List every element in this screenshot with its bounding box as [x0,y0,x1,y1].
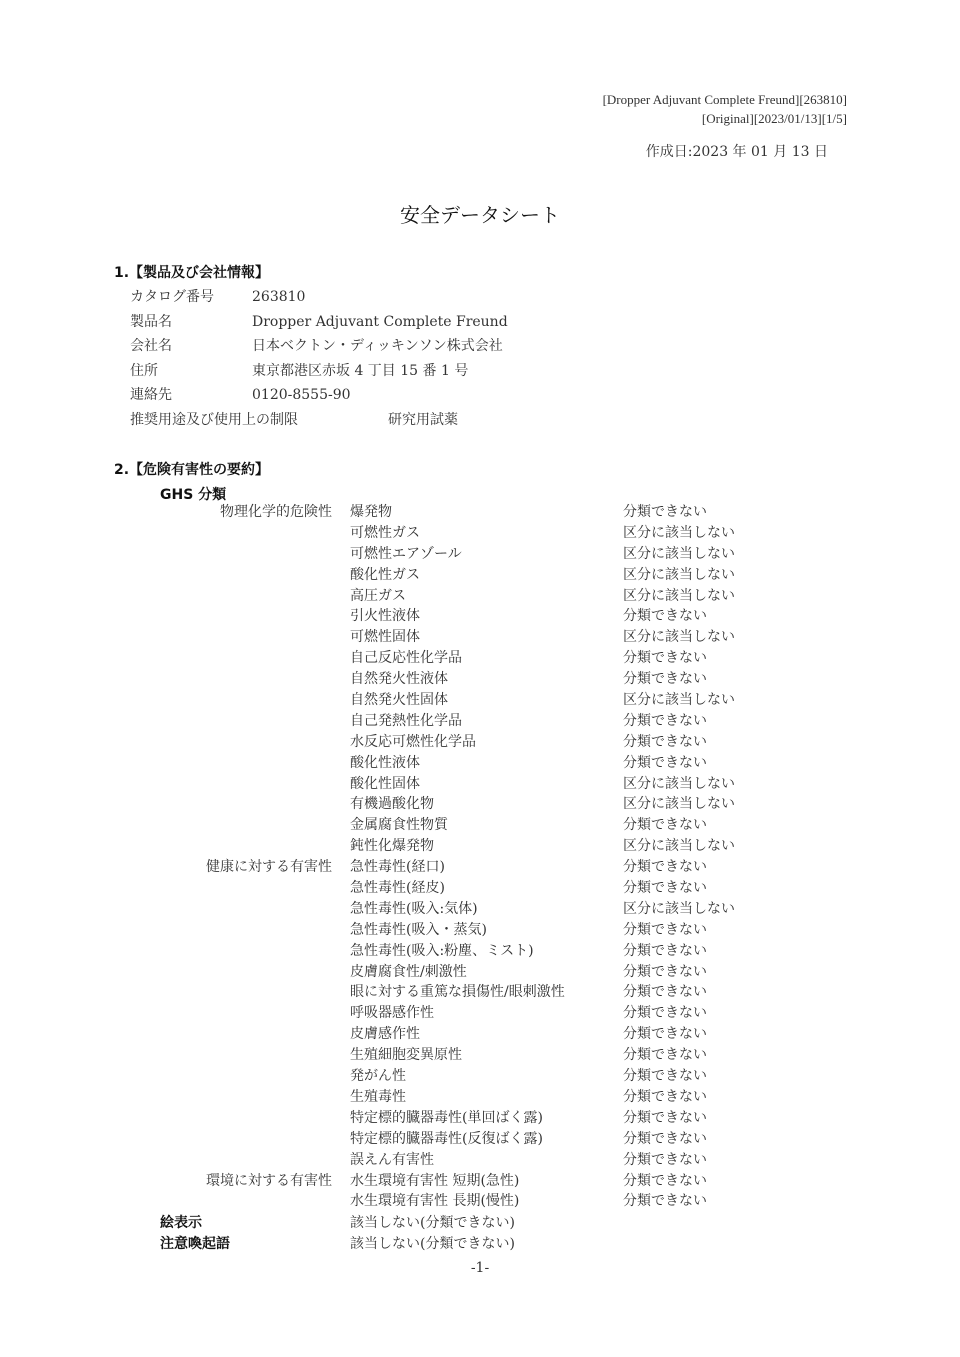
table-row: 自己発熱性化学品分類できない [0,710,960,731]
hazard-item: 鈍性化爆発物 [350,835,434,855]
hazard-item: 有機過酸化物 [350,793,434,813]
hazard-item: 高圧ガス [350,585,406,605]
address-label: 住所 [130,359,158,383]
table-row: 自然発火性液体分類できない [0,668,960,689]
hazard-item: 急性毒性(経口) [350,856,445,876]
hazard-item: 発がん性 [350,1065,406,1085]
hazard-result: 分類できない [623,1023,707,1043]
signal-word-value: 該当しない(分類できない) [350,1233,515,1253]
hazard-result: 分類できない [623,814,707,834]
hazard-result: 区分に該当しない [623,898,735,918]
table-row: 水生環境有害性 長期(慢性)分類できない [0,1190,960,1211]
hazard-item: 酸化性ガス [350,564,420,584]
table-row: 高圧ガス区分に該当しない [0,585,960,606]
hazard-result: 分類できない [623,668,707,688]
section1-heading: 1.【製品及び会社情報】 [114,262,269,282]
hazard-result: 分類できない [623,1065,707,1085]
hazard-result: 分類できない [623,919,707,939]
hazard-result: 分類できない [623,1044,707,1064]
hazard-category: 物理化学的危険性 [220,501,332,521]
hazard-item: 急性毒性(吸入:粉塵、ミスト) [350,940,534,960]
hazard-item: 皮膚腐食性/刺激性 [350,961,467,981]
reference-line-version: [Original][2023/01/13][1/5] [603,109,847,128]
company-name-label: 会社名 [130,334,172,358]
product-info-row: 製品名 Dropper Adjuvant Complete Freund [130,310,830,335]
table-row: 発がん性分類できない [0,1065,960,1086]
hazard-result: 分類できない [623,1149,707,1169]
hazard-item: 特定標的臓器毒性(単回ばく露) [350,1107,543,1127]
hazard-item: 自然発火性固体 [350,689,448,709]
table-row: 酸化性ガス区分に該当しない [0,564,960,585]
table-row: 有機過酸化物区分に該当しない [0,793,960,814]
table-row: 急性毒性(吸入・蒸気)分類できない [0,919,960,940]
signal-word-label: 注意喚起語 [160,1233,230,1253]
hazard-result: 分類できない [623,940,707,960]
hazard-item: 酸化性固体 [350,773,420,793]
ghs-classification-table: 物理化学的危険性爆発物分類できない 可燃性ガス区分に該当しない 可燃性エアゾール… [0,501,960,1211]
hazard-result: 区分に該当しない [623,793,735,813]
page-number: -1- [0,1260,960,1276]
table-row: 酸化性固体区分に該当しない [0,773,960,794]
hazard-result: 区分に該当しない [623,626,735,646]
product-info-row: 住所 東京都港区赤坂 4 丁目 15 番 1 号 [130,359,830,384]
hazard-item: 皮膚感作性 [350,1023,420,1043]
hazard-result: 分類できない [623,710,707,730]
hazard-result: 分類できない [623,1128,707,1148]
table-row: 環境に対する有害性水生環境有害性 短期(急性)分類できない [0,1170,960,1191]
table-row: 水反応可燃性化学品分類できない [0,731,960,752]
hazard-item: 引火性液体 [350,605,420,625]
table-row: 引火性液体分類できない [0,605,960,626]
product-info-list: カタログ番号 263810 製品名 Dropper Adjuvant Compl… [130,285,830,432]
hazard-category: 環境に対する有害性 [206,1170,332,1190]
hazard-item: 自己発熱性化学品 [350,710,462,730]
hazard-item: 誤えん有害性 [350,1149,434,1169]
hazard-item: 水生環境有害性 長期(慢性) [350,1190,519,1210]
hazard-item: 急性毒性(吸入:気体) [350,898,478,918]
document-title: 安全データシート [0,199,960,228]
hazard-result: 分類できない [623,1170,707,1190]
hazard-item: 自己反応性化学品 [350,647,462,667]
document-reference: [Dropper Adjuvant Complete Freund][26381… [603,90,847,128]
hazard-result: 分類できない [623,647,707,667]
table-row: 急性毒性(経皮)分類できない [0,877,960,898]
table-row: 自然発火性固体区分に該当しない [0,689,960,710]
hazard-result: 区分に該当しない [623,689,735,709]
table-row: 生殖毒性分類できない [0,1086,960,1107]
pictogram-row: 絵表示 該当しない(分類できない) [0,1212,960,1233]
recommended-use-label: 推奨用途及び使用上の制限 [130,408,298,432]
hazard-item: 可燃性固体 [350,626,420,646]
table-row: 鈍性化爆発物区分に該当しない [0,835,960,856]
hazard-result: 分類できない [623,1107,707,1127]
table-row: 特定標的臓器毒性(単回ばく露)分類できない [0,1107,960,1128]
label-elements: 絵表示 該当しない(分類できない) 注意喚起語 該当しない(分類できない) [0,1212,960,1254]
hazard-result: 区分に該当しない [623,835,735,855]
table-row: 可燃性固体区分に該当しない [0,626,960,647]
recommended-use-value: 研究用試薬 [388,408,458,432]
hazard-result: 分類できない [623,752,707,772]
hazard-item: 生殖細胞変異原性 [350,1044,462,1064]
hazard-item: 生殖毒性 [350,1086,406,1106]
catalog-number-value: 263810 [252,285,305,309]
table-row: 皮膚腐食性/刺激性分類できない [0,961,960,982]
hazard-result: 分類できない [623,856,707,876]
table-row: 可燃性エアゾール区分に該当しない [0,543,960,564]
table-row: 急性毒性(吸入:気体)区分に該当しない [0,898,960,919]
table-row: 眼に対する重篤な損傷性/眼刺激性分類できない [0,981,960,1002]
table-row: 可燃性ガス区分に該当しない [0,522,960,543]
section2-heading: 2.【危険有害性の要約】 [114,459,269,479]
hazard-result: 分類できない [623,877,707,897]
product-info-row: 連絡先 0120-8555-90 [130,383,830,408]
product-info-row: 推奨用途及び使用上の制限 研究用試薬 [130,408,830,433]
product-name-label: 製品名 [130,310,172,334]
hazard-result: 分類できない [623,731,707,751]
hazard-item: 眼に対する重篤な損傷性/眼刺激性 [350,981,565,1001]
table-row: 誤えん有害性分類できない [0,1149,960,1170]
hazard-item: 自然発火性液体 [350,668,448,688]
table-row: 金属腐食性物質分類できない [0,814,960,835]
hazard-result: 分類できない [623,1190,707,1210]
hazard-result: 区分に該当しない [623,564,735,584]
catalog-number-label: カタログ番号 [130,285,214,309]
table-row: 自己反応性化学品分類できない [0,647,960,668]
table-row: 呼吸器感作性分類できない [0,1002,960,1023]
hazard-item: 金属腐食性物質 [350,814,448,834]
table-row: 生殖細胞変異原性分類できない [0,1044,960,1065]
hazard-item: 可燃性ガス [350,522,420,542]
hazard-item: 呼吸器感作性 [350,1002,434,1022]
reference-line-product: [Dropper Adjuvant Complete Freund][26381… [603,90,847,109]
hazard-result: 区分に該当しない [623,585,735,605]
hazard-result: 分類できない [623,1086,707,1106]
signal-word-row: 注意喚起語 該当しない(分類できない) [0,1233,960,1254]
hazard-item: 水反応可燃性化学品 [350,731,476,751]
hazard-item: 可燃性エアゾール [350,543,462,563]
table-row: 急性毒性(吸入:粉塵、ミスト)分類できない [0,940,960,961]
hazard-result: 区分に該当しない [623,543,735,563]
product-info-row: カタログ番号 263810 [130,285,830,310]
address-value: 東京都港区赤坂 4 丁目 15 番 1 号 [252,359,468,383]
hazard-result: 区分に該当しない [623,522,735,542]
company-name-value: 日本ベクトン・ディッキンソン株式会社 [252,334,503,358]
table-row: 特定標的臓器毒性(反復ばく露)分類できない [0,1128,960,1149]
hazard-item: 特定標的臓器毒性(反復ばく露) [350,1128,543,1148]
table-row: 健康に対する有害性急性毒性(経口)分類できない [0,856,960,877]
hazard-item: 急性毒性(吸入・蒸気) [350,919,487,939]
hazard-item: 爆発物 [350,501,392,521]
product-info-row: 会社名 日本ベクトン・ディッキンソン株式会社 [130,334,830,359]
hazard-item: 急性毒性(経皮) [350,877,445,897]
product-name-value: Dropper Adjuvant Complete Freund [252,310,508,334]
table-row: 皮膚感作性分類できない [0,1023,960,1044]
hazard-result: 分類できない [623,981,707,1001]
hazard-result: 分類できない [623,501,707,521]
created-date: 作成日:2023 年 01 月 13 日 [646,141,828,161]
hazard-result: 分類できない [623,961,707,981]
hazard-item: 酸化性液体 [350,752,420,772]
table-row: 物理化学的危険性爆発物分類できない [0,501,960,522]
hazard-result: 区分に該当しない [623,773,735,793]
pictogram-value: 該当しない(分類できない) [350,1212,515,1232]
hazard-category: 健康に対する有害性 [206,856,332,876]
table-row: 酸化性液体分類できない [0,752,960,773]
hazard-item: 水生環境有害性 短期(急性) [350,1170,519,1190]
contact-value: 0120-8555-90 [252,383,351,407]
hazard-result: 分類できない [623,1002,707,1022]
pictogram-label: 絵表示 [160,1212,202,1232]
contact-label: 連絡先 [130,383,172,407]
hazard-result: 分類できない [623,605,707,625]
